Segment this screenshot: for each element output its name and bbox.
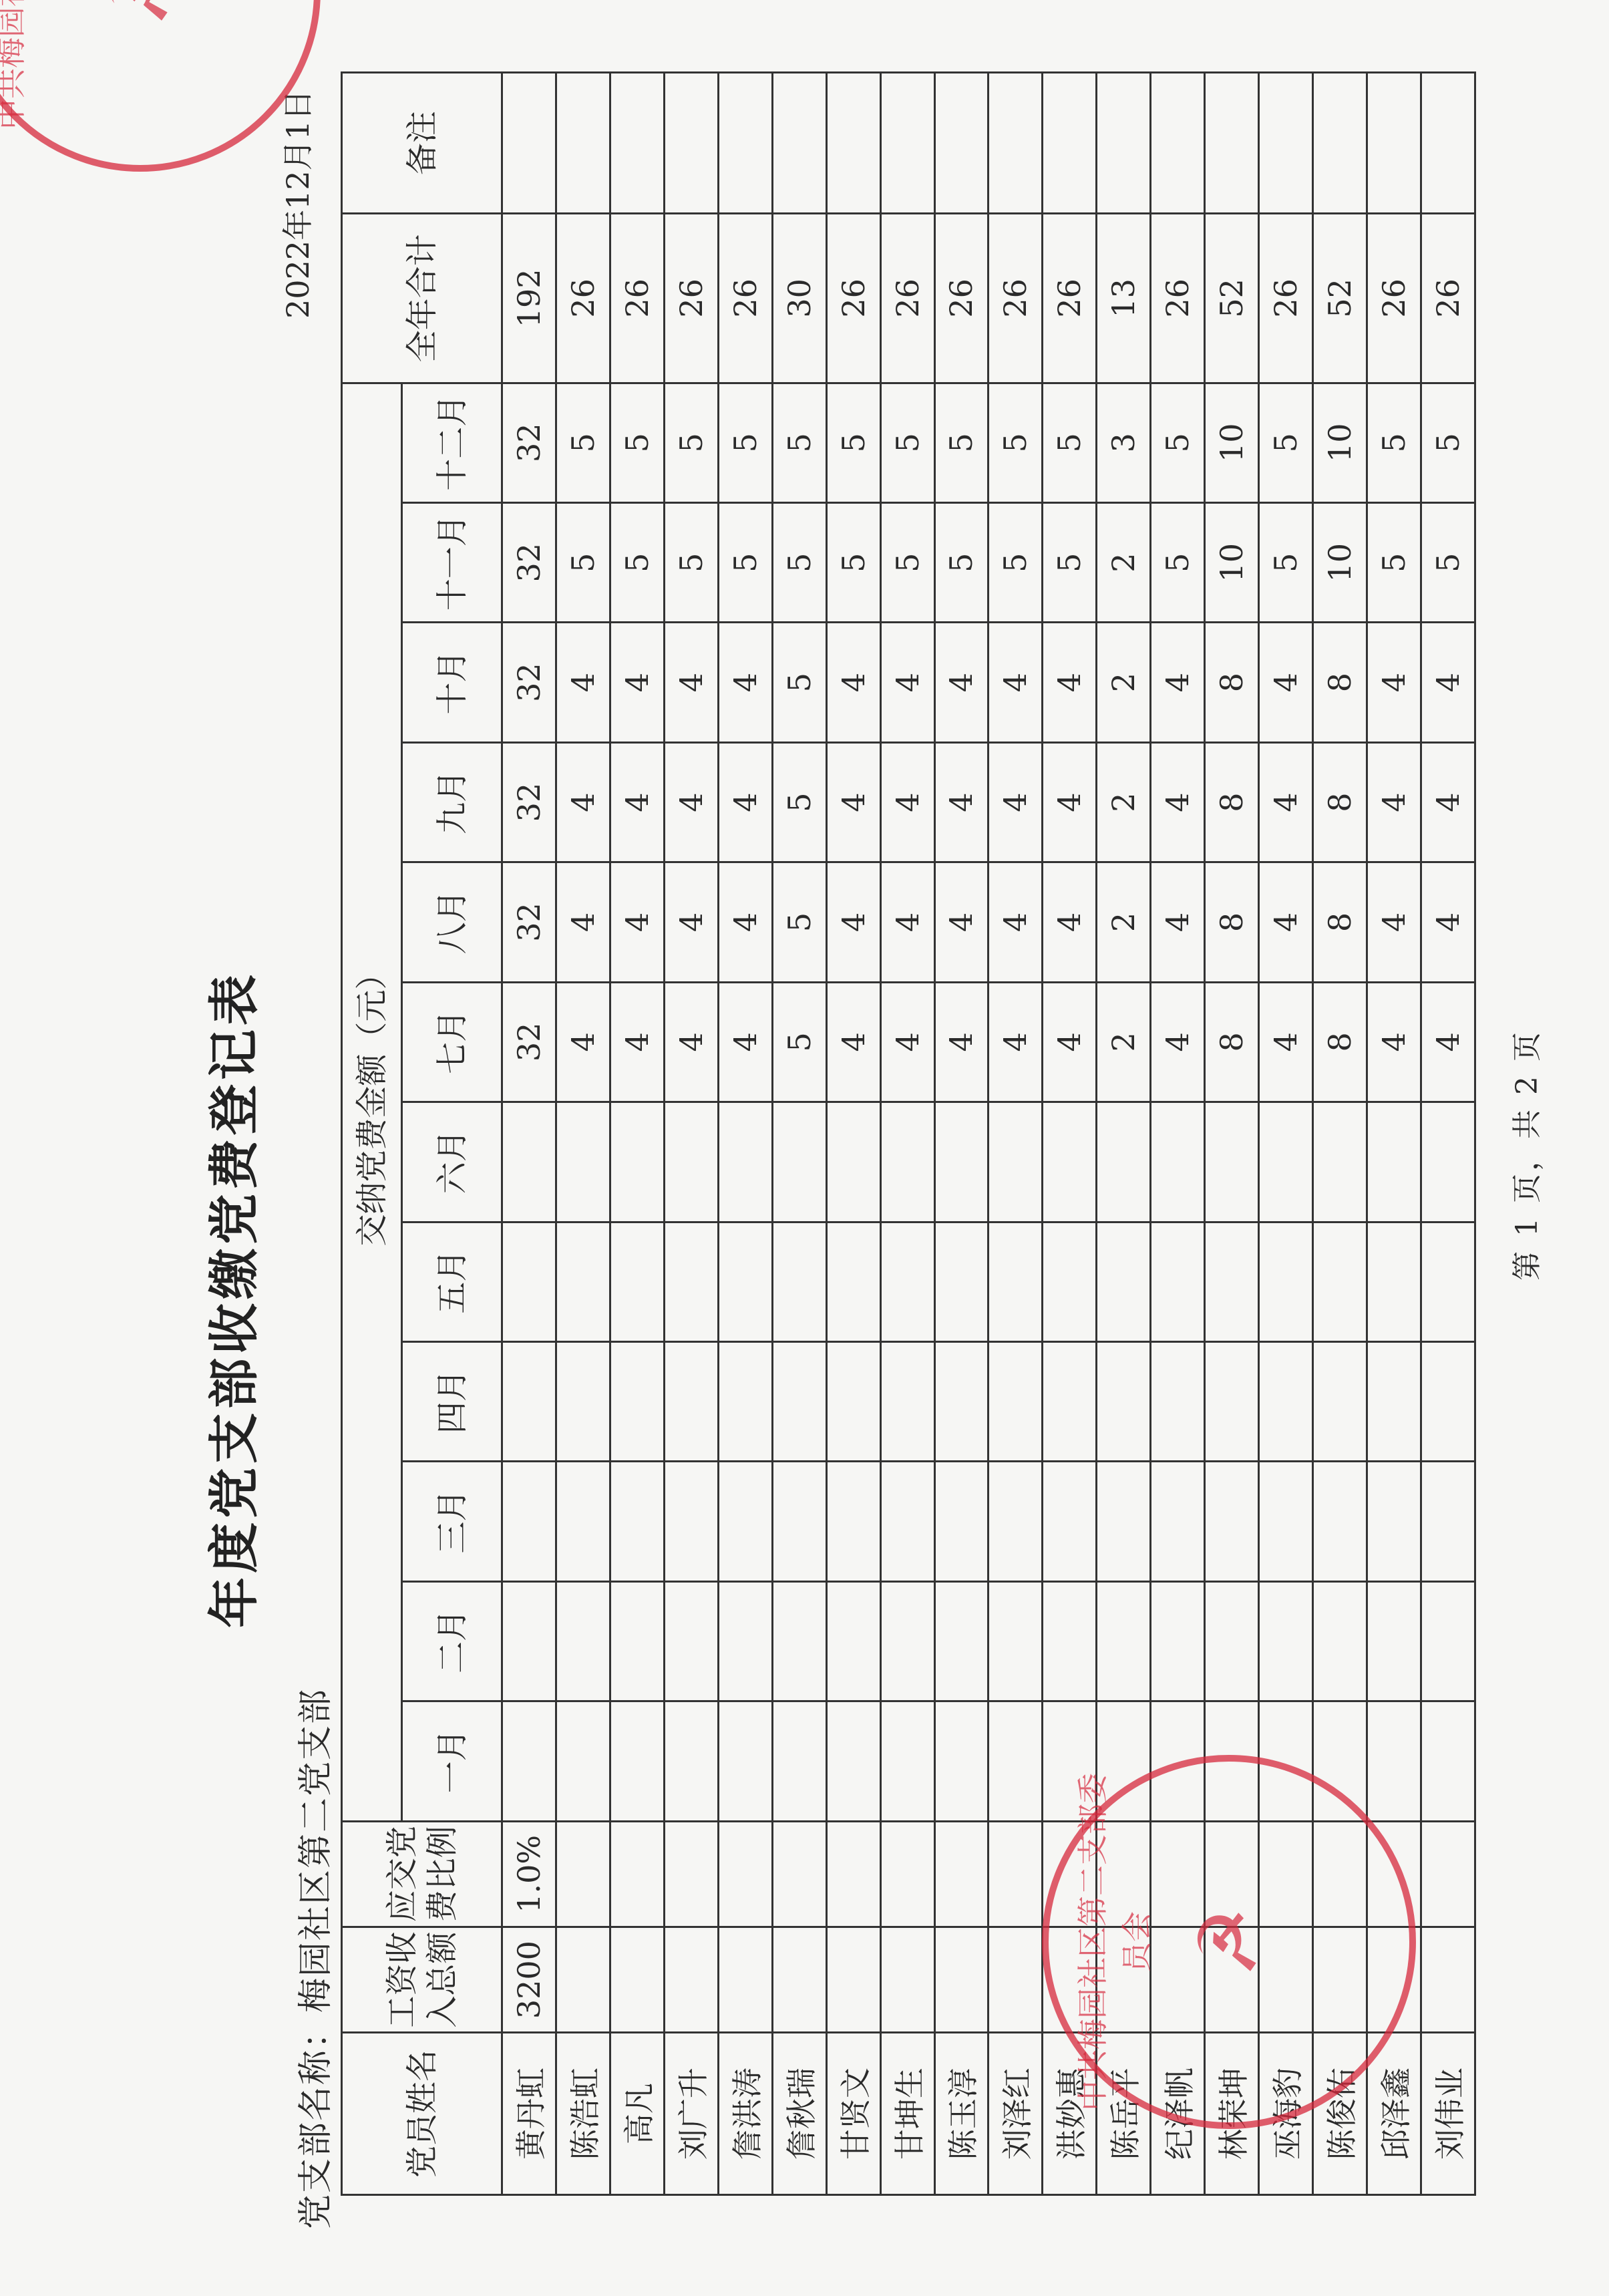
table-row: 詹秋瑞55555530 bbox=[772, 73, 826, 2195]
month-cell: 4 bbox=[1043, 742, 1097, 862]
month-cell: 2 bbox=[1097, 862, 1151, 982]
month-cell: 4 bbox=[1367, 742, 1421, 862]
month-cell bbox=[1097, 1102, 1151, 1222]
month-cell: 4 bbox=[718, 623, 772, 742]
total-cell: 192 bbox=[502, 214, 556, 383]
month-cell bbox=[664, 1581, 718, 1701]
month-cell bbox=[502, 1222, 556, 1341]
month-cell bbox=[1421, 1341, 1475, 1461]
month-cell bbox=[1043, 1581, 1097, 1701]
month-cell bbox=[772, 1222, 826, 1341]
month-cell bbox=[502, 1581, 556, 1701]
month-cell: 2 bbox=[1097, 982, 1151, 1102]
month-cell: 2 bbox=[1097, 742, 1151, 862]
month-cell: 4 bbox=[880, 982, 934, 1102]
month-cell bbox=[1421, 1102, 1475, 1222]
remark-cell bbox=[880, 73, 934, 214]
month-cell: 8 bbox=[1313, 623, 1367, 742]
ratio-cell bbox=[934, 1821, 989, 1927]
month-cell: 4 bbox=[989, 982, 1043, 1102]
month-cell bbox=[610, 1462, 664, 1581]
month-cell bbox=[1259, 1462, 1313, 1581]
remark-cell bbox=[1043, 73, 1097, 214]
total-cell: 13 bbox=[1097, 214, 1151, 383]
header-ratio: 应交党费比例 bbox=[342, 1821, 502, 1927]
total-cell: 26 bbox=[934, 214, 989, 383]
remark-cell bbox=[610, 73, 664, 214]
header-month-12: 十二月 bbox=[402, 383, 502, 502]
remark-cell bbox=[1367, 73, 1421, 214]
ratio-cell bbox=[989, 1821, 1043, 1927]
remark-cell bbox=[826, 73, 880, 214]
table-row: 詹洪涛44445526 bbox=[718, 73, 772, 2195]
month-cell bbox=[989, 1341, 1043, 1461]
month-cell bbox=[1097, 1462, 1151, 1581]
month-cell bbox=[718, 1462, 772, 1581]
month-cell: 4 bbox=[989, 742, 1043, 862]
month-cell bbox=[989, 1581, 1043, 1701]
remark-cell bbox=[1421, 73, 1475, 214]
branch-line: 党支部名称：梅园社区第二党支部 bbox=[287, 1688, 337, 2229]
total-cell: 26 bbox=[1151, 214, 1205, 383]
month-cell bbox=[502, 1102, 556, 1222]
month-cell: 5 bbox=[1367, 383, 1421, 502]
month-cell bbox=[772, 1102, 826, 1222]
stamp-text: 中共梅园社区第二支部委员会 bbox=[1069, 1762, 1157, 2122]
month-cell: 4 bbox=[1151, 982, 1205, 1102]
month-cell bbox=[1043, 1222, 1097, 1341]
month-cell bbox=[610, 1222, 664, 1341]
month-cell bbox=[1313, 1581, 1367, 1701]
month-cell bbox=[989, 1462, 1043, 1581]
total-cell: 26 bbox=[556, 214, 610, 383]
month-cell: 5 bbox=[1259, 502, 1313, 622]
month-cell: 4 bbox=[934, 982, 989, 1102]
month-cell bbox=[1151, 1341, 1205, 1461]
month-cell: 4 bbox=[610, 623, 664, 742]
month-cell: 5 bbox=[1043, 383, 1097, 502]
month-cell bbox=[502, 1462, 556, 1581]
month-cell bbox=[1367, 1341, 1421, 1461]
remark-cell bbox=[1205, 73, 1259, 214]
month-cell: 4 bbox=[556, 742, 610, 862]
branch-label: 党支部名称： bbox=[296, 2013, 336, 2229]
month-cell: 4 bbox=[1151, 742, 1205, 862]
month-cell bbox=[880, 1462, 934, 1581]
month-cell: 8 bbox=[1313, 982, 1367, 1102]
month-cell bbox=[880, 1222, 934, 1341]
month-cell: 4 bbox=[1421, 623, 1475, 742]
month-cell: 5 bbox=[989, 383, 1043, 502]
month-cell bbox=[1043, 1102, 1097, 1222]
month-cell bbox=[772, 1341, 826, 1461]
month-cell: 4 bbox=[1259, 623, 1313, 742]
month-cell bbox=[610, 1581, 664, 1701]
month-cell: 4 bbox=[718, 742, 772, 862]
month-cell: 10 bbox=[1205, 383, 1259, 502]
month-cell: 5 bbox=[1259, 383, 1313, 502]
header-total: 全年合计 bbox=[342, 214, 502, 383]
member-name: 刘广升 bbox=[664, 2033, 718, 2195]
month-cell bbox=[1151, 1102, 1205, 1222]
member-name: 刘泽红 bbox=[989, 2033, 1043, 2195]
table-row: 甘坤生44445526 bbox=[880, 73, 934, 2195]
income-cell bbox=[610, 1927, 664, 2032]
month-cell: 4 bbox=[826, 862, 880, 982]
income-cell bbox=[934, 1927, 989, 2032]
month-cell bbox=[718, 1102, 772, 1222]
month-cell: 4 bbox=[1151, 862, 1205, 982]
table-row: 陈浩虹44445526 bbox=[556, 73, 610, 2195]
month-cell: 8 bbox=[1313, 862, 1367, 982]
month-cell bbox=[1205, 1581, 1259, 1701]
month-cell bbox=[1367, 1102, 1421, 1222]
month-cell: 4 bbox=[826, 623, 880, 742]
ratio-cell bbox=[556, 1821, 610, 1927]
table-row: 刘伟业44445526 bbox=[1421, 73, 1475, 2195]
header-month-11: 十一月 bbox=[402, 502, 502, 622]
document-date: 2022年12月1日 bbox=[274, 90, 318, 319]
month-cell: 5 bbox=[610, 502, 664, 622]
header-month-5: 五月 bbox=[402, 1222, 502, 1341]
stamp-emblem-icon: ☭ bbox=[94, 0, 187, 27]
header-month-9: 九月 bbox=[402, 742, 502, 862]
month-cell: 4 bbox=[664, 982, 718, 1102]
month-cell bbox=[556, 1581, 610, 1701]
month-cell bbox=[718, 1701, 772, 1821]
total-cell: 26 bbox=[826, 214, 880, 383]
month-cell bbox=[772, 1581, 826, 1701]
month-cell bbox=[718, 1341, 772, 1461]
member-name: 黄丹虹 bbox=[502, 2033, 556, 2195]
month-cell bbox=[1421, 1222, 1475, 1341]
total-cell: 26 bbox=[989, 214, 1043, 383]
month-cell bbox=[934, 1581, 989, 1701]
ratio-cell bbox=[1421, 1821, 1475, 1927]
month-cell: 5 bbox=[772, 623, 826, 742]
month-cell bbox=[989, 1222, 1043, 1341]
header-month-3: 三月 bbox=[402, 1462, 502, 1581]
month-cell bbox=[1043, 1341, 1097, 1461]
month-cell: 4 bbox=[1421, 742, 1475, 862]
header-remark: 备注 bbox=[342, 73, 502, 214]
stamp-emblem-icon: ☭ bbox=[1183, 1906, 1276, 1978]
month-cell bbox=[1205, 1462, 1259, 1581]
month-cell: 5 bbox=[1367, 502, 1421, 622]
month-cell: 4 bbox=[1367, 982, 1421, 1102]
income-cell bbox=[1421, 1927, 1475, 2032]
month-cell bbox=[772, 1462, 826, 1581]
month-cell: 8 bbox=[1205, 623, 1259, 742]
month-cell bbox=[826, 1701, 880, 1821]
month-cell bbox=[664, 1341, 718, 1461]
income-cell bbox=[880, 1927, 934, 2032]
month-cell: 4 bbox=[934, 623, 989, 742]
month-cell: 4 bbox=[1421, 982, 1475, 1102]
remark-cell bbox=[1151, 73, 1205, 214]
month-cell bbox=[1151, 1222, 1205, 1341]
month-cell bbox=[989, 1701, 1043, 1821]
month-cell bbox=[1259, 1341, 1313, 1461]
month-cell bbox=[1367, 1581, 1421, 1701]
month-cell bbox=[1421, 1581, 1475, 1701]
table-row: 甘贤文44445526 bbox=[826, 73, 880, 2195]
month-cell: 32 bbox=[502, 502, 556, 622]
month-cell: 5 bbox=[880, 383, 934, 502]
month-cell: 4 bbox=[934, 742, 989, 862]
total-cell: 30 bbox=[772, 214, 826, 383]
month-cell: 5 bbox=[934, 502, 989, 622]
month-cell: 4 bbox=[1259, 862, 1313, 982]
remark-cell bbox=[1259, 73, 1313, 214]
month-cell bbox=[1151, 1462, 1205, 1581]
month-cell: 32 bbox=[502, 862, 556, 982]
month-cell: 32 bbox=[502, 623, 556, 742]
remark-cell bbox=[1313, 73, 1367, 214]
month-cell bbox=[502, 1701, 556, 1821]
header-month-7: 七月 bbox=[402, 982, 502, 1102]
month-cell bbox=[934, 1222, 989, 1341]
ratio-cell bbox=[610, 1821, 664, 1927]
header-month-4: 四月 bbox=[402, 1341, 502, 1461]
income-cell bbox=[989, 1927, 1043, 2032]
month-cell: 4 bbox=[556, 862, 610, 982]
month-cell bbox=[1421, 1462, 1475, 1581]
income-cell bbox=[664, 1927, 718, 2032]
month-cell bbox=[880, 1102, 934, 1222]
month-cell: 5 bbox=[556, 502, 610, 622]
month-cell: 5 bbox=[1421, 502, 1475, 622]
month-cell: 5 bbox=[934, 383, 989, 502]
month-cell: 4 bbox=[880, 862, 934, 982]
total-cell: 26 bbox=[664, 214, 718, 383]
month-cell: 5 bbox=[880, 502, 934, 622]
ratio-cell: 1.0% bbox=[502, 1821, 556, 1927]
member-name: 甘坤生 bbox=[880, 2033, 934, 2195]
month-cell bbox=[880, 1341, 934, 1461]
ratio-cell bbox=[664, 1821, 718, 1927]
total-cell: 52 bbox=[1205, 214, 1259, 383]
header-month-10: 十月 bbox=[402, 623, 502, 742]
month-cell bbox=[556, 1102, 610, 1222]
month-cell: 5 bbox=[989, 502, 1043, 622]
month-cell: 10 bbox=[1313, 383, 1367, 502]
month-cell bbox=[556, 1462, 610, 1581]
month-cell bbox=[1097, 1341, 1151, 1461]
month-cell: 4 bbox=[1259, 742, 1313, 862]
header-dues-group: 交纳党费金额（元） bbox=[342, 383, 402, 1821]
month-cell: 4 bbox=[826, 742, 880, 862]
month-cell: 5 bbox=[1151, 502, 1205, 622]
month-cell: 10 bbox=[1313, 502, 1367, 622]
month-cell: 5 bbox=[1421, 383, 1475, 502]
month-cell bbox=[1043, 1462, 1097, 1581]
month-cell: 4 bbox=[718, 982, 772, 1102]
month-cell: 4 bbox=[718, 862, 772, 982]
month-cell: 32 bbox=[502, 742, 556, 862]
month-cell bbox=[664, 1462, 718, 1581]
month-cell bbox=[556, 1222, 610, 1341]
table-row: 刘泽红44445526 bbox=[989, 73, 1043, 2195]
month-cell: 5 bbox=[1043, 502, 1097, 622]
month-cell: 4 bbox=[1259, 982, 1313, 1102]
month-cell: 4 bbox=[989, 862, 1043, 982]
month-cell: 4 bbox=[989, 623, 1043, 742]
document-title: 年度党支部收缴党费登记表 bbox=[194, 971, 266, 1628]
income-cell: 3200 bbox=[502, 1927, 556, 2032]
month-cell bbox=[610, 1701, 664, 1821]
header-month-8: 八月 bbox=[402, 862, 502, 982]
month-cell bbox=[664, 1701, 718, 1821]
month-cell: 5 bbox=[826, 502, 880, 622]
month-cell: 10 bbox=[1205, 502, 1259, 622]
month-cell: 4 bbox=[610, 742, 664, 862]
month-cell bbox=[1313, 1341, 1367, 1461]
total-cell: 26 bbox=[1259, 214, 1313, 383]
income-cell bbox=[826, 1927, 880, 2032]
income-cell bbox=[772, 1927, 826, 2032]
month-cell bbox=[934, 1341, 989, 1461]
remark-cell bbox=[556, 73, 610, 214]
member-name: 詹秋瑞 bbox=[772, 2033, 826, 2195]
ratio-cell bbox=[718, 1821, 772, 1927]
month-cell bbox=[610, 1341, 664, 1461]
month-cell: 4 bbox=[1151, 623, 1205, 742]
ratio-cell bbox=[880, 1821, 934, 1927]
month-cell: 8 bbox=[1205, 742, 1259, 862]
month-cell: 4 bbox=[664, 623, 718, 742]
month-cell: 5 bbox=[772, 862, 826, 982]
month-cell bbox=[1097, 1581, 1151, 1701]
stamp-text: 中共梅园社区委员会 bbox=[0, 0, 31, 165]
month-cell bbox=[826, 1102, 880, 1222]
month-cell bbox=[826, 1341, 880, 1461]
member-name: 陈浩虹 bbox=[556, 2033, 610, 2195]
month-cell bbox=[826, 1462, 880, 1581]
header-month-6: 六月 bbox=[402, 1102, 502, 1222]
table-row: 刘广升44445526 bbox=[664, 73, 718, 2195]
remark-cell bbox=[1097, 73, 1151, 214]
table-row: 陈玉淳44445526 bbox=[934, 73, 989, 2195]
month-cell: 5 bbox=[718, 383, 772, 502]
member-name: 刘伟业 bbox=[1421, 2033, 1475, 2195]
month-cell bbox=[718, 1222, 772, 1341]
month-cell: 4 bbox=[1043, 982, 1097, 1102]
month-cell bbox=[718, 1581, 772, 1701]
page-footer: 第 1 页，共 2 页 bbox=[1503, 1029, 1546, 1281]
month-cell: 5 bbox=[664, 383, 718, 502]
table-row: 高凡44445526 bbox=[610, 73, 664, 2195]
month-cell: 5 bbox=[772, 502, 826, 622]
income-cell bbox=[718, 1927, 772, 2032]
month-cell bbox=[1205, 1341, 1259, 1461]
total-cell: 26 bbox=[1421, 214, 1475, 383]
month-cell: 2 bbox=[1097, 623, 1151, 742]
month-cell bbox=[934, 1102, 989, 1222]
month-cell: 5 bbox=[772, 742, 826, 862]
month-cell: 4 bbox=[934, 862, 989, 982]
total-cell: 26 bbox=[1367, 214, 1421, 383]
month-cell: 2 bbox=[1097, 502, 1151, 622]
member-name: 甘贤文 bbox=[826, 2033, 880, 2195]
total-cell: 26 bbox=[610, 214, 664, 383]
month-cell bbox=[826, 1581, 880, 1701]
month-cell: 4 bbox=[1043, 623, 1097, 742]
remark-cell bbox=[934, 73, 989, 214]
month-cell: 8 bbox=[1205, 982, 1259, 1102]
month-cell bbox=[556, 1341, 610, 1461]
month-cell bbox=[1205, 1222, 1259, 1341]
month-cell: 5 bbox=[610, 383, 664, 502]
month-cell bbox=[556, 1701, 610, 1821]
month-cell: 4 bbox=[826, 982, 880, 1102]
remark-cell bbox=[989, 73, 1043, 214]
member-name: 高凡 bbox=[610, 2033, 664, 2195]
month-cell: 32 bbox=[502, 982, 556, 1102]
month-cell: 4 bbox=[880, 742, 934, 862]
month-cell: 5 bbox=[826, 383, 880, 502]
month-cell: 5 bbox=[556, 383, 610, 502]
month-cell: 5 bbox=[718, 502, 772, 622]
party-stamp-left: 中共梅园社区第二支部委员会 ☭ bbox=[1042, 1755, 1416, 2129]
month-cell: 3 bbox=[1097, 383, 1151, 502]
total-cell: 26 bbox=[718, 214, 772, 383]
document-page: 年度党支部收缴党费登记表 党支部名称：梅园社区第二党支部 2022年12月1日 … bbox=[0, 0, 1609, 2296]
month-cell bbox=[1367, 1222, 1421, 1341]
branch-name: 梅园社区第二党支部 bbox=[296, 1688, 336, 2013]
month-cell: 4 bbox=[610, 982, 664, 1102]
month-cell: 4 bbox=[1421, 862, 1475, 982]
month-cell: 5 bbox=[772, 383, 826, 502]
month-cell bbox=[1097, 1222, 1151, 1341]
member-name: 詹洪涛 bbox=[718, 2033, 772, 2195]
header-month-1: 一月 bbox=[402, 1701, 502, 1821]
month-cell: 4 bbox=[664, 862, 718, 982]
month-cell: 32 bbox=[502, 383, 556, 502]
total-cell: 52 bbox=[1313, 214, 1367, 383]
month-cell bbox=[934, 1462, 989, 1581]
party-stamp-right: 中共梅园社区委员会 ☭ bbox=[0, 0, 321, 172]
member-name: 陈玉淳 bbox=[934, 2033, 989, 2195]
month-cell bbox=[1421, 1701, 1475, 1821]
month-cell bbox=[1367, 1462, 1421, 1581]
month-cell bbox=[1259, 1222, 1313, 1341]
remark-cell bbox=[772, 73, 826, 214]
month-cell bbox=[989, 1102, 1043, 1222]
header-name: 党员姓名 bbox=[342, 2033, 502, 2195]
remark-cell bbox=[502, 73, 556, 214]
month-cell: 4 bbox=[556, 623, 610, 742]
header-month-2: 二月 bbox=[402, 1581, 502, 1701]
month-cell: 4 bbox=[1367, 862, 1421, 982]
month-cell bbox=[1259, 1581, 1313, 1701]
month-cell bbox=[502, 1341, 556, 1461]
month-cell: 4 bbox=[610, 862, 664, 982]
month-cell bbox=[1205, 1102, 1259, 1222]
income-cell bbox=[556, 1927, 610, 2032]
remark-cell bbox=[718, 73, 772, 214]
month-cell: 4 bbox=[1367, 623, 1421, 742]
month-cell bbox=[826, 1222, 880, 1341]
month-cell bbox=[1313, 1462, 1367, 1581]
month-cell bbox=[880, 1701, 934, 1821]
ratio-cell bbox=[826, 1821, 880, 1927]
table-row: 黄丹虹32001.0%323232323232192 bbox=[502, 73, 556, 2195]
month-cell bbox=[934, 1701, 989, 1821]
month-cell bbox=[1313, 1102, 1367, 1222]
month-cell bbox=[664, 1222, 718, 1341]
month-cell: 4 bbox=[556, 982, 610, 1102]
